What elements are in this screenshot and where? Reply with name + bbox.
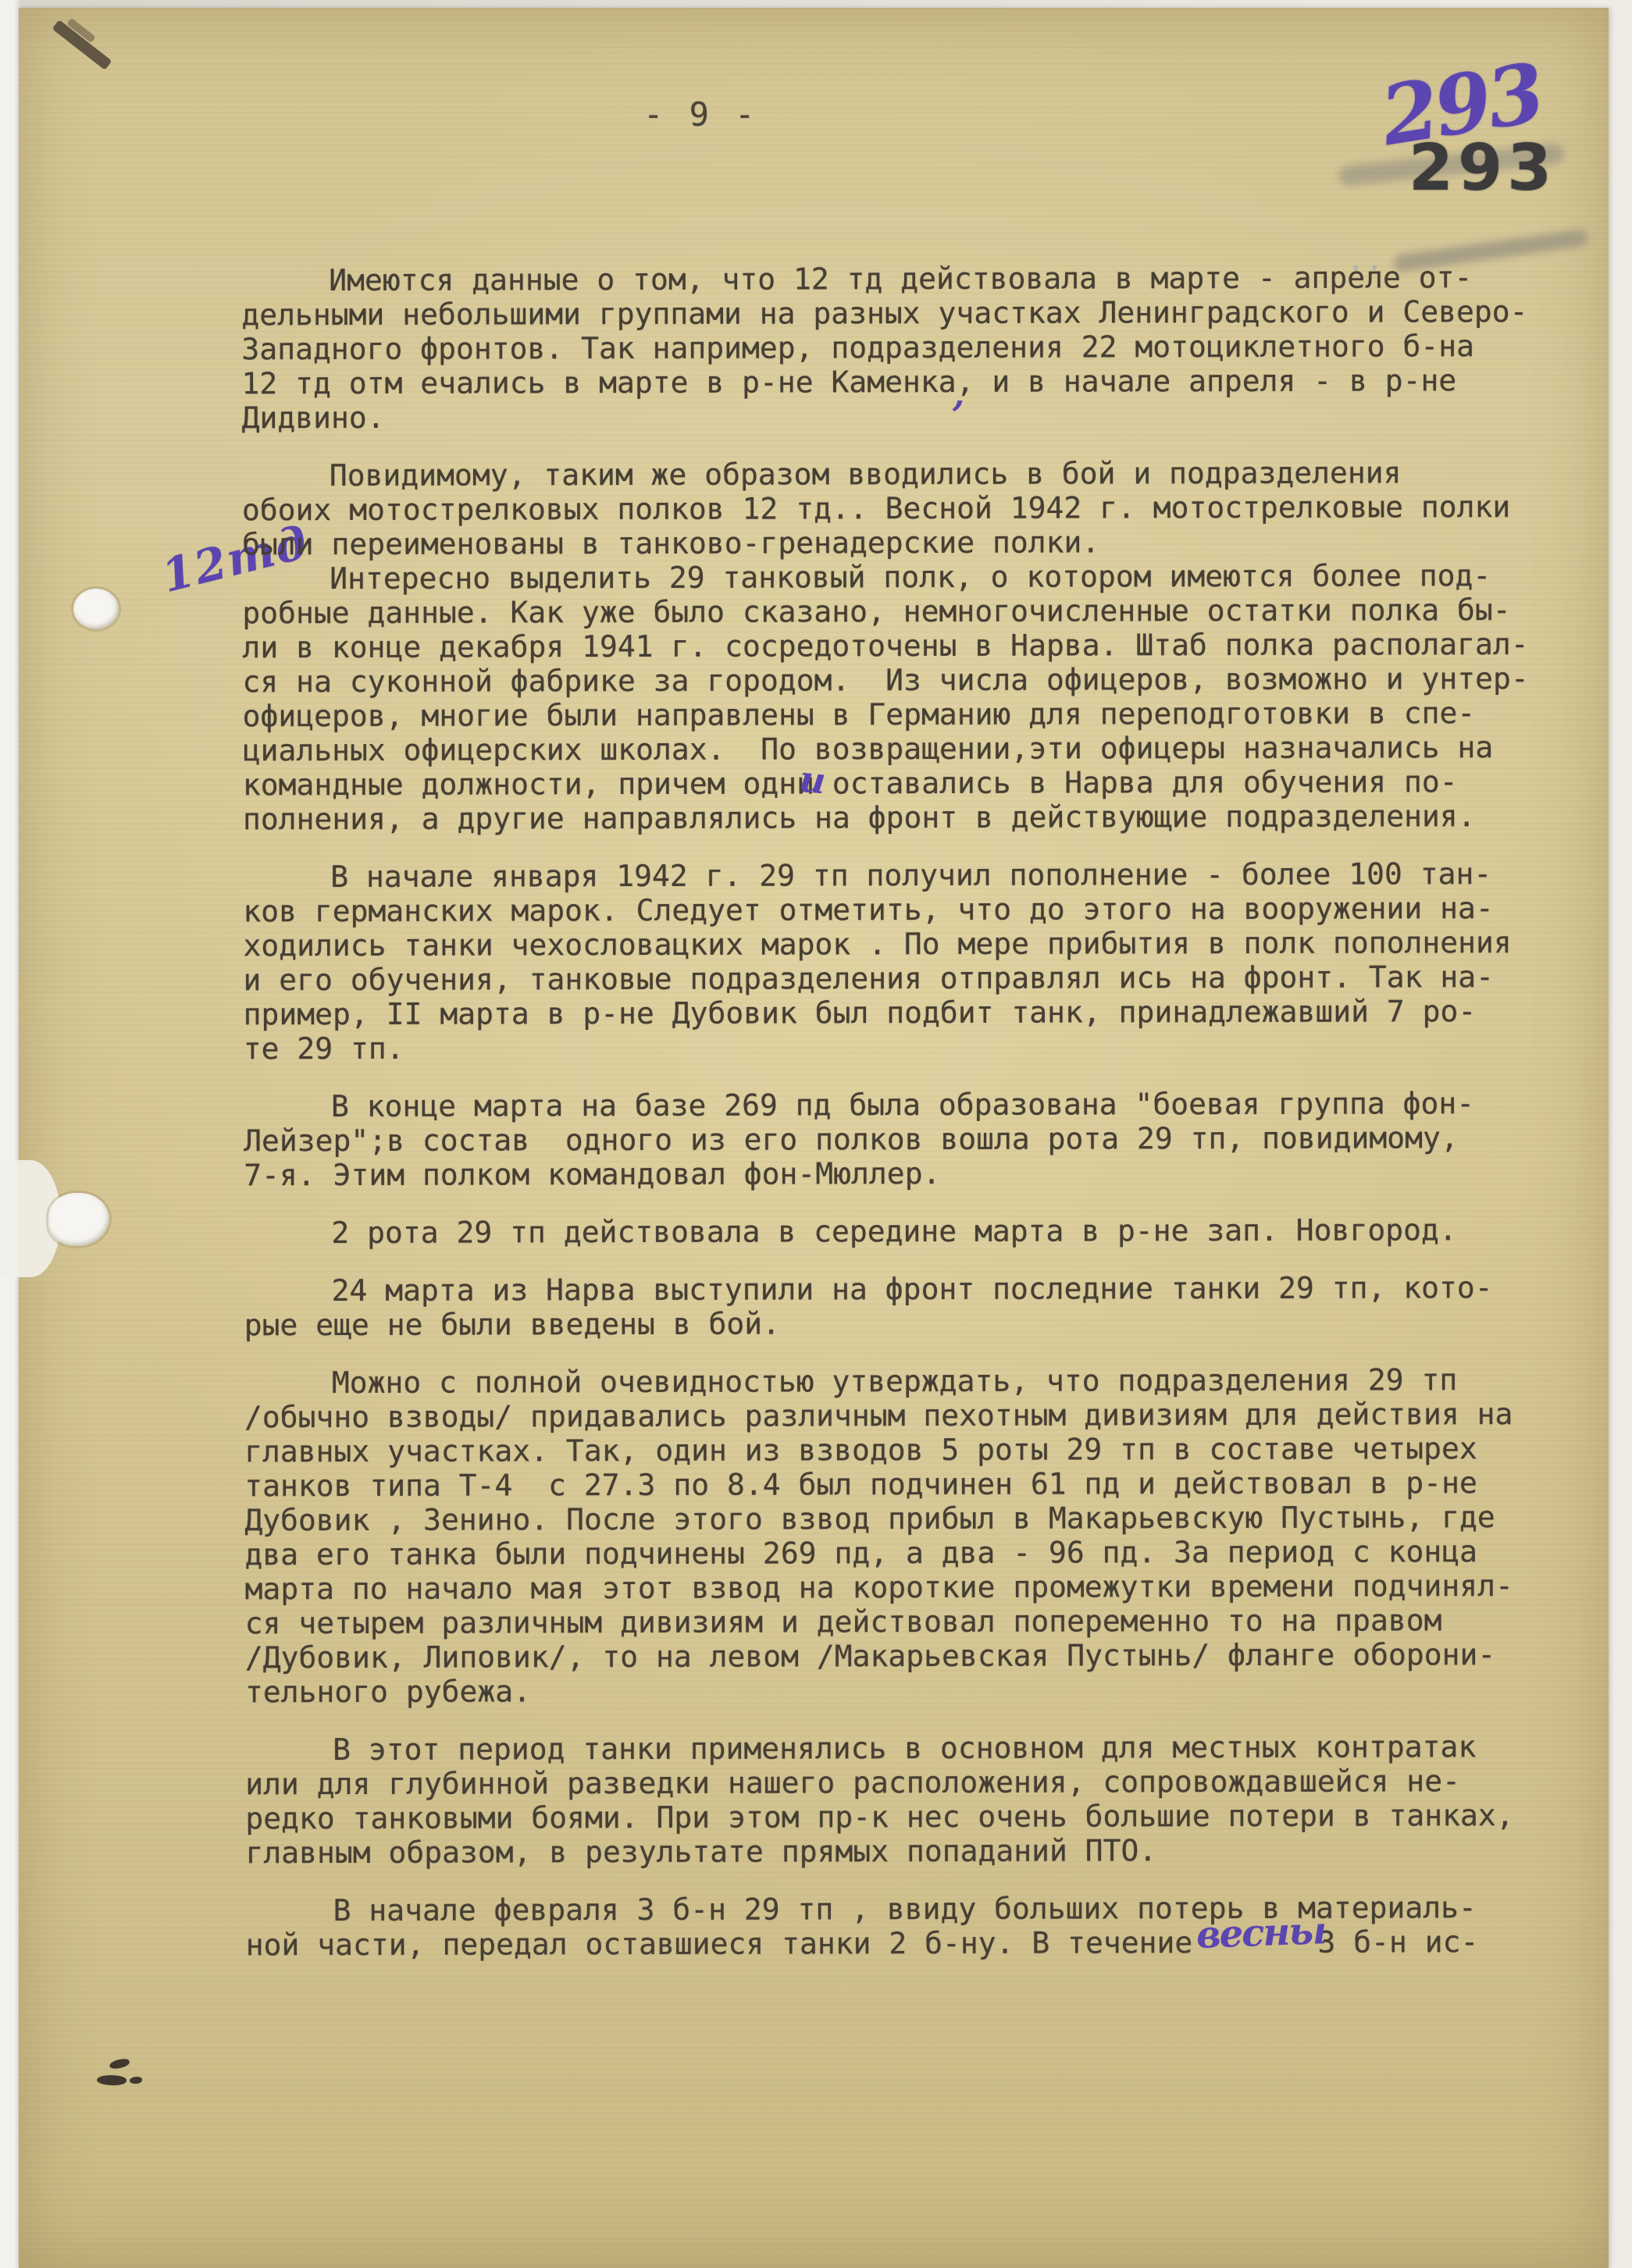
stamped-page-number: 293 bbox=[1409, 131, 1556, 205]
paragraph: В начале февраля 3 б-н 29 тп , ввиду бол… bbox=[246, 1890, 1620, 1963]
handwritten-ink-correction: и bbox=[797, 757, 828, 802]
paragraph: Повидимому, таким же образом вводились в… bbox=[242, 455, 1616, 562]
paragraph: Интересно выделить 29 танковый полк, о к… bbox=[242, 558, 1617, 837]
paragraph: В конце марта на базе 269 пд была образо… bbox=[244, 1086, 1618, 1193]
paper-sheet: - 9 - 293 .. 293 12тд Имеются данные о т… bbox=[19, 8, 1609, 2268]
paragraph: В начале января 1942 г. 29 тп получил по… bbox=[243, 856, 1618, 1066]
handwritten-ink-comma: , bbox=[953, 375, 964, 415]
paragraph: Можно с полной очевидностью утверждать, … bbox=[244, 1362, 1620, 1710]
page-number-header: - 9 - bbox=[643, 95, 757, 134]
ink-blot bbox=[109, 2058, 130, 2070]
punch-hole bbox=[73, 589, 119, 629]
paragraph: В этот период танки применялись в основн… bbox=[245, 1729, 1620, 1871]
paragraph: Имеются данные о том, что 12 тд действов… bbox=[241, 260, 1616, 436]
paragraph: 2 рота 29 тп действовала в середине март… bbox=[244, 1212, 1618, 1251]
ink-blot bbox=[97, 2074, 127, 2087]
typed-text-body: Имеются данные о том, что 12 тд действов… bbox=[241, 260, 1620, 1986]
paragraph: 24 марта из Нарва выступили на фронт пос… bbox=[244, 1270, 1619, 1343]
scanned-document-page: - 9 - 293 .. 293 12тд Имеются данные о т… bbox=[0, 0, 1632, 2268]
handwritten-inserted-word: весны bbox=[1195, 1909, 1326, 1957]
ink-blot bbox=[130, 2077, 142, 2084]
